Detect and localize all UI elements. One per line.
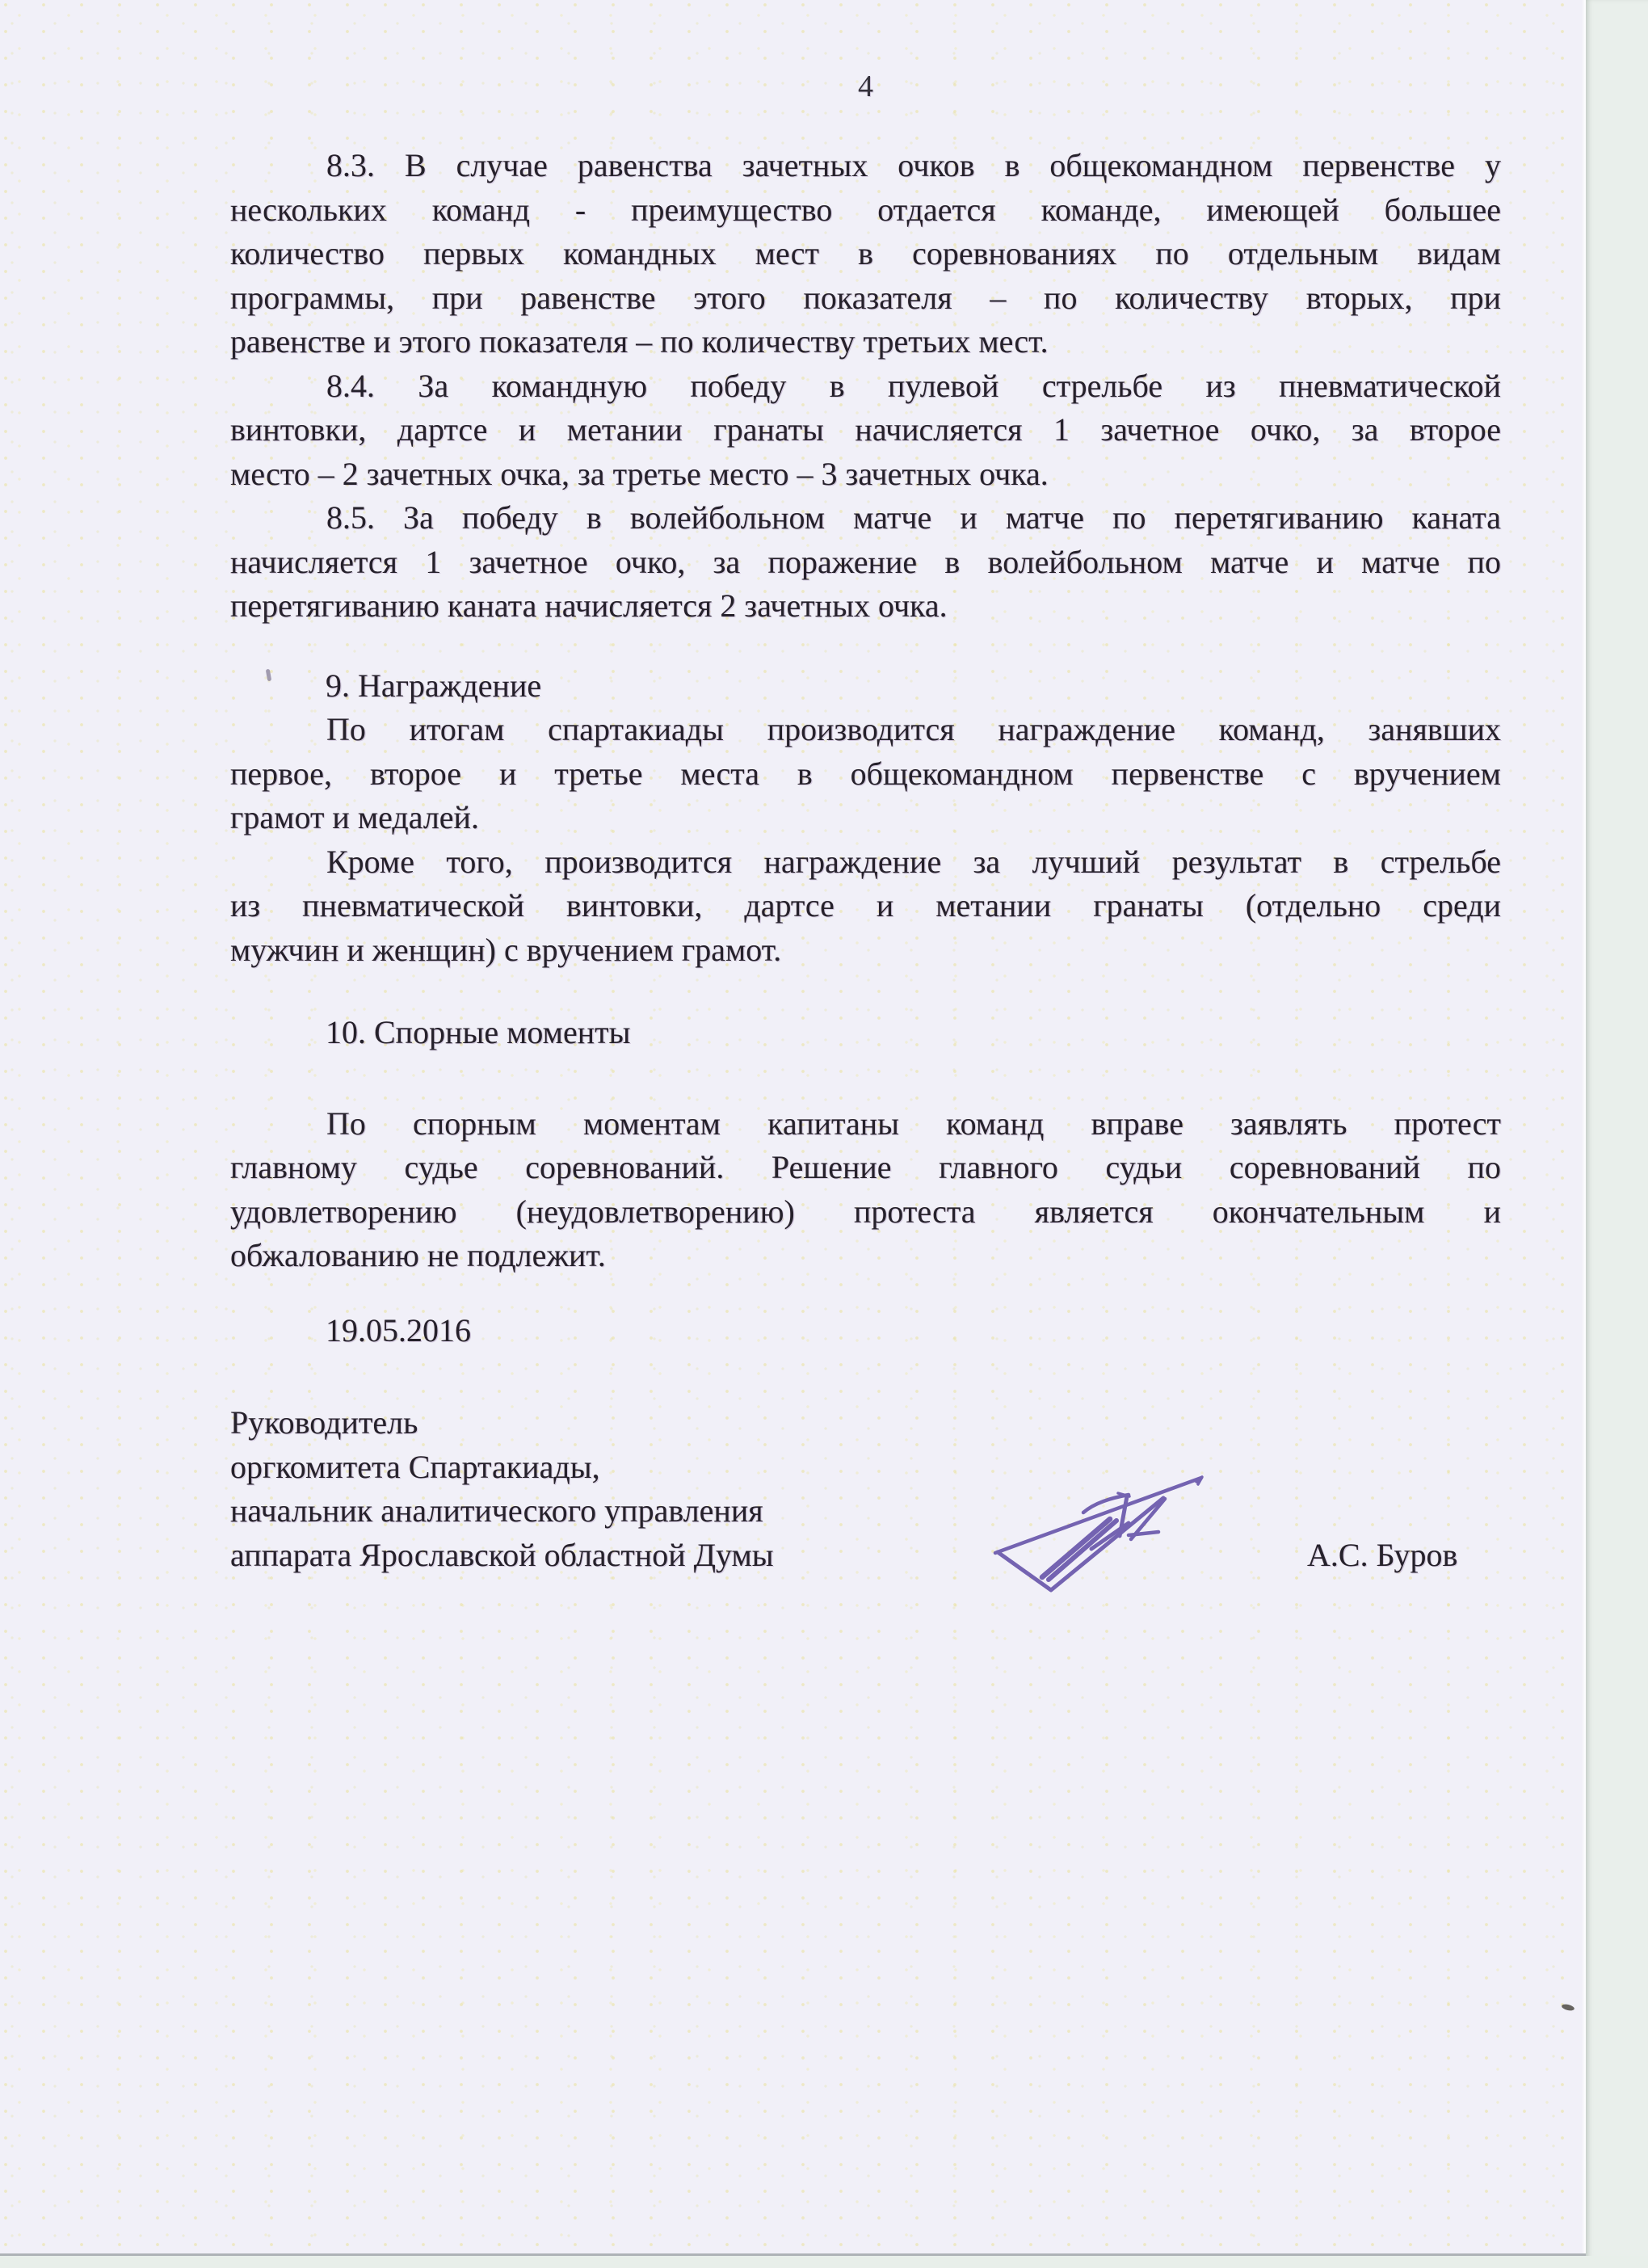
text-line: из пневматической винтовки, дартсе и мет…	[230, 884, 1501, 928]
text-line: 8.5. За победу в волейбольном матче и ма…	[230, 496, 1501, 541]
section-10-paragraph: По спорным моментам капитаны команд впра…	[230, 1102, 1501, 1278]
signatory-title-line: аппарата Ярославской областной Думы А.С.…	[230, 1534, 1501, 1578]
section-9-paragraph-2: Кроме того, производится награждение за …	[230, 840, 1501, 973]
document-date: 19.05.2016	[230, 1309, 1501, 1353]
signature-icon	[969, 1430, 1244, 1616]
text-line: По итогам спартакиады производится награ…	[230, 708, 1501, 752]
signatory-block: Руководитель оргкомитета Спартакиады, на…	[230, 1401, 1501, 1577]
text-line: 8.4. За командную победу в пулевой стрел…	[230, 364, 1501, 409]
text-line: грамот и медалей.	[230, 796, 1501, 840]
text-line: По спорным моментам капитаны команд впра…	[230, 1102, 1501, 1147]
text-line: мужчин и женщин) с вручением грамот.	[230, 928, 1501, 973]
text-line: перетягиванию каната начисляется 2 зачет…	[230, 584, 1501, 629]
page-number: 4	[230, 66, 1501, 107]
scanned-document-screenshot: { "page": { "number": "4" }, "colors": {…	[0, 0, 1648, 2268]
text-line: первое, второе и третье места в общекома…	[230, 752, 1501, 797]
text-line: равенстве и этого показателя – по количе…	[230, 320, 1501, 364]
text-line: количество первых командных мест в сорев…	[230, 232, 1501, 276]
scanner-background-bottom	[0, 2256, 1648, 2268]
paragraph-8-5: 8.5. За победу в волейбольном матче и ма…	[230, 496, 1501, 629]
paragraph-8-4: 8.4. За командную победу в пулевой стрел…	[230, 364, 1501, 497]
text-line: главному судье соревнований. Решение гла…	[230, 1146, 1501, 1190]
signatory-title-text: аппарата Ярославской областной Думы	[230, 1537, 774, 1573]
text-line: программы, при равенстве этого показател…	[230, 276, 1501, 321]
text-line: место – 2 зачетных очка, за третье место…	[230, 452, 1501, 497]
signatory-title-line: начальник аналитического управления	[230, 1489, 1501, 1534]
signatory-title-line: Руководитель	[230, 1401, 1501, 1445]
text-line: 8.3. В случае равенства зачетных очков в…	[230, 144, 1501, 188]
scanner-background-right	[1586, 0, 1648, 2268]
text-line: нескольких команд - преимущество отдаетс…	[230, 188, 1501, 233]
text-line: винтовки, дартсе и метании гранаты начис…	[230, 408, 1501, 452]
text-line: обжалованию не подлежит.	[230, 1234, 1501, 1278]
paragraph-8-3: 8.3. В случае равенства зачетных очков в…	[230, 144, 1501, 364]
section-10-heading: 10. Спорные моменты	[230, 1011, 1501, 1055]
signatory-name: А.С. Буров	[1307, 1534, 1457, 1578]
text-line: начисляется 1 зачетное очко, за поражени…	[230, 541, 1501, 585]
text-line: Кроме того, производится награждение за …	[230, 840, 1501, 885]
scanned-page: 4 8.3. В случае равенства зачетных очков…	[0, 0, 1586, 2256]
signatory-title-line: оргкомитета Спартакиады,	[230, 1445, 1501, 1490]
text-line: удовлетворению (неудовлетворению) протес…	[230, 1190, 1501, 1235]
section-9-paragraph-1: По итогам спартакиады производится награ…	[230, 708, 1501, 840]
section-9-heading: 9. Награждение	[230, 664, 1501, 709]
document-body: 8.3. В случае равенства зачетных очков в…	[230, 144, 1501, 1577]
